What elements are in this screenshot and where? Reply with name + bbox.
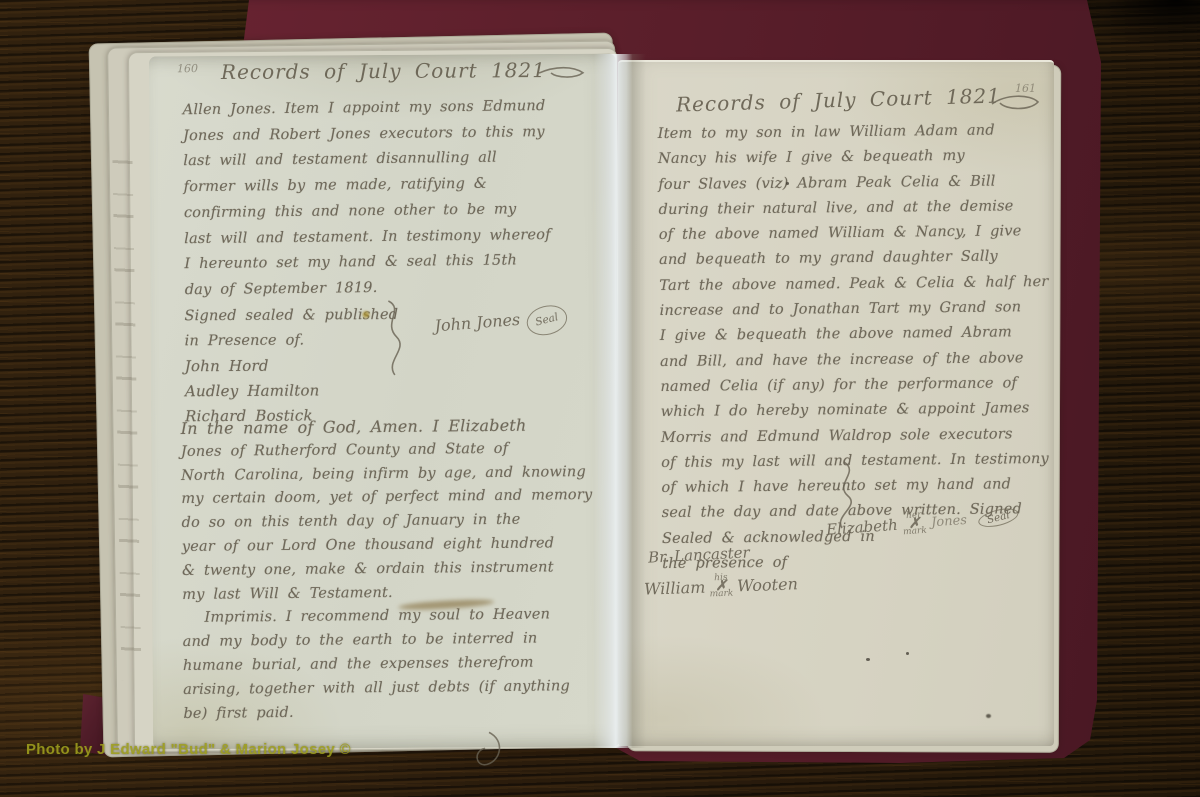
manuscript-line: humane burial, and the expenses therefro… bbox=[183, 651, 594, 679]
yellow-stain-dot bbox=[362, 311, 369, 318]
photo-of-open-record-book: 160 Records of July Court 1821 Allen Jon… bbox=[0, 0, 1200, 797]
manuscript-line: Allen Jones. Item I appoint my sons Edmu… bbox=[183, 94, 550, 124]
mark-label-bottom: mark bbox=[709, 590, 733, 599]
left-page-number: 160 bbox=[177, 62, 198, 75]
right-page: 161 Records of July Court 1821 Item to m… bbox=[618, 60, 1054, 746]
witness-last-name: Wooten bbox=[737, 574, 798, 595]
brace-flourish bbox=[380, 299, 410, 377]
her-mark: her ✗ mark bbox=[902, 511, 927, 537]
ink-speck bbox=[786, 182, 789, 185]
header-flourish bbox=[988, 92, 1042, 114]
left-page: 160 Records of July Court 1821 Allen Jon… bbox=[149, 54, 620, 750]
left-page-header: Records of July Court 1821 bbox=[221, 58, 546, 84]
his-mark: his ✗ mark bbox=[709, 574, 733, 599]
witness-first-name: William bbox=[644, 577, 706, 598]
manuscript-line: my certain doom, yet of perfect mind and… bbox=[181, 484, 592, 512]
manuscript-line: which I do hereby nominate & appoint Jam… bbox=[661, 396, 1050, 425]
manuscript-line: Morris and Edmund Waldrop sole executors bbox=[661, 422, 1050, 451]
witness-name: Audley Hamilton bbox=[185, 377, 605, 405]
will-of-elizabeth-jones-text: In the name of God, Amen. I Elizabeth Jo… bbox=[181, 413, 595, 726]
photographer-watermark: Photo by J Edward "Bud" & Marion Josey © bbox=[26, 741, 351, 758]
mark-label-bottom: mark bbox=[903, 527, 927, 537]
tail-flourish bbox=[471, 730, 507, 774]
seal-mark: Seal bbox=[976, 505, 1020, 530]
manuscript-line: & twenty one, make & ordain this instrum… bbox=[182, 556, 593, 584]
signature-surname: Jones bbox=[931, 512, 968, 529]
right-page-header: Records of July Court 1821 bbox=[676, 83, 1001, 116]
manuscript-line: and bequeath to my grand daughter Sally bbox=[659, 244, 1048, 273]
attestation-block: Signed sealed & published in Presence of… bbox=[184, 302, 605, 430]
manuscript-line: last will and testament disannulling all bbox=[183, 145, 550, 175]
manuscript-line: be) first paid. bbox=[183, 699, 594, 727]
manuscript-line: I give & bequeath the above named Abram bbox=[660, 320, 1049, 349]
will-of-allen-jones-text: Allen Jones. Item I appoint my sons Edmu… bbox=[183, 94, 552, 304]
signature-name: Elizabeth bbox=[826, 516, 899, 539]
manuscript-line: confirming this and none other to be my bbox=[184, 197, 551, 227]
signature-name: John Jones bbox=[434, 310, 521, 335]
manuscript-line: Item to my son in law William Adam and bbox=[658, 118, 1047, 147]
witness-signature-with-mark: William his ✗ mark Wooten bbox=[644, 571, 799, 600]
manuscript-line: I hereunto set my hand & seal this 15th bbox=[184, 248, 551, 278]
manuscript-line: four Slaves (viz) Abram Peak Celia & Bil… bbox=[658, 169, 1047, 198]
ink-speck bbox=[906, 652, 909, 655]
manuscript-line: arising, together with all just debts (i… bbox=[183, 675, 594, 703]
ink-speck bbox=[866, 658, 870, 661]
ink-speck bbox=[986, 714, 991, 718]
header-flourish bbox=[537, 64, 587, 82]
manuscript-line: year of our Lord One thousand eight hund… bbox=[182, 532, 593, 560]
manuscript-line: day of September 1819. bbox=[185, 274, 552, 304]
